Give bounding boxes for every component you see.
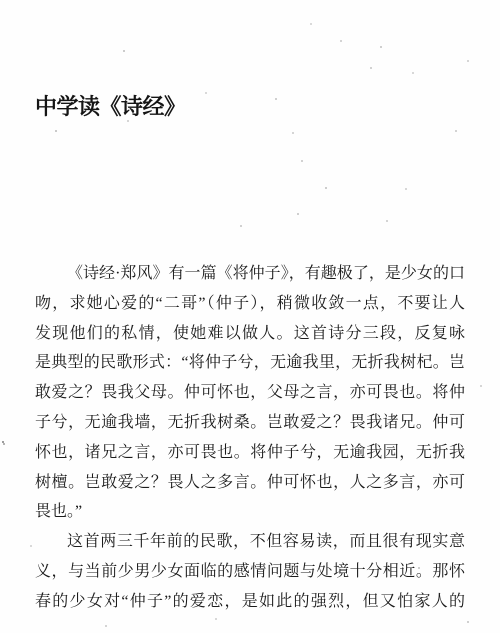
text-line: 子兮，无逾我墙，无折我树桑。岂敢爱之？畏我诸兄。仲可: [35, 408, 465, 438]
text-line: 吻，求她心爱的“二哥”（仲子），稍微收敛一点，不要让人: [35, 289, 465, 319]
text-line: 树檀。岂敢爱之？畏人之多言。仲可怀也，人之多言，亦可: [35, 468, 465, 498]
text-line: 发现他们的私情，使她难以做人。这首诗分三段，反复咏唱，: [35, 319, 465, 349]
text-line: 春的少女对“仲子”的爱恋，是如此的强烈，但又怕家人的: [35, 587, 465, 617]
text-line: 这首两三千年前的民歌，不但容易读，而且很有现实意: [35, 527, 465, 557]
text-line: 怀也，诸兄之言，亦可畏也。将仲子兮，无逾我园，无折我: [35, 438, 465, 468]
article-body: 《诗经·郑风》有一篇《将仲子》，有趣极了，是少女的口 吻，求她心爱的“二哥”（仲…: [35, 259, 465, 617]
text-line: 敢爱之？畏我父母。仲可怀也，父母之言，亦可畏也。将仲: [35, 378, 465, 408]
text-line: 《诗经·郑风》有一篇《将仲子》，有趣极了，是少女的口: [35, 259, 465, 289]
text-line: 义，与当前少男少女面临的感情问题与处境十分相近。那怀: [35, 557, 465, 587]
text-line: 是典型的民歌形式：“将仲子兮，无逾我里，无折我树杞。岂: [35, 348, 465, 378]
scan-page: 中学读《诗经》 《诗经·郑风》有一篇《将仲子》，有趣极了，是少女的口 吻，求她心…: [0, 0, 500, 633]
text-line: 畏也。”: [35, 497, 465, 527]
page-title: 中学读《诗经》: [35, 90, 186, 121]
